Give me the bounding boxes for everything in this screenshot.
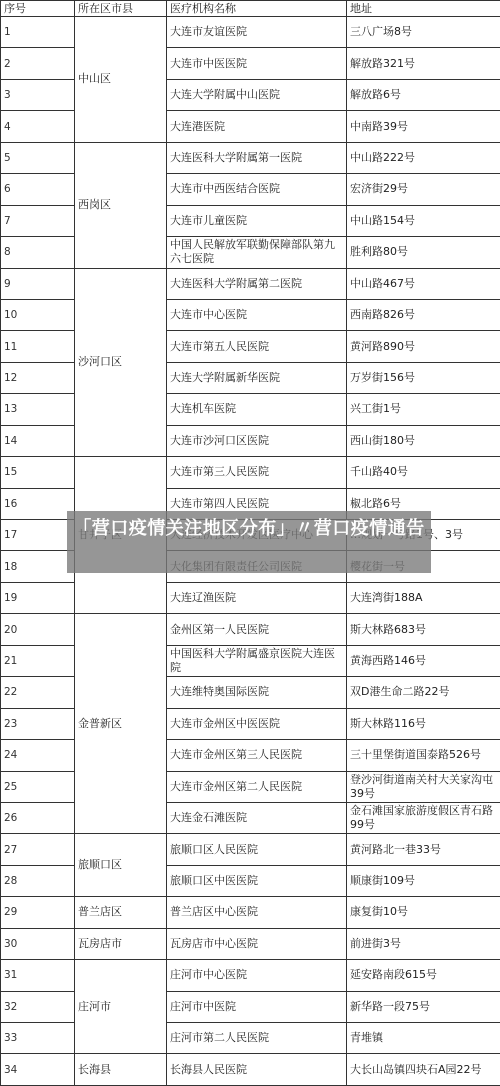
row-index: 5 — [1, 142, 75, 173]
row-index: 22 — [1, 677, 75, 708]
row-index: 3 — [1, 79, 75, 110]
address-cell: 前进街3号 — [347, 928, 500, 959]
address-cell: 解放路321号 — [347, 48, 500, 79]
caption-overlay: 「营口疫情关注地区分布」〃营口疫情通告 — [67, 511, 431, 573]
address-cell: 新华路一段75号 — [347, 991, 500, 1022]
address-cell: 西山街180号 — [347, 425, 500, 456]
header-index: 序号 — [1, 1, 75, 17]
address-cell: 西南路826号 — [347, 299, 500, 330]
table-row: 15甘井子区大连市第三人民医院千山路40号 — [1, 457, 500, 488]
table-row: 27旅顺口区旅顺口区人民医院黄河路北一巷33号 — [1, 834, 500, 865]
address-cell: 兴工街1号 — [347, 394, 500, 425]
hospital-name-cell: 金州区第一人民医院 — [167, 614, 347, 645]
header-hospital-name: 医疗机构名称 — [167, 1, 347, 17]
header-address: 地址 — [347, 1, 500, 17]
hospital-name-cell: 大连机车医院 — [167, 394, 347, 425]
row-index: 29 — [1, 897, 75, 928]
row-index: 15 — [1, 457, 75, 488]
row-index: 23 — [1, 708, 75, 739]
address-cell: 青堆镇 — [347, 1023, 500, 1054]
address-cell: 大长山岛镇四块石A园22号 — [347, 1054, 500, 1085]
address-cell: 解放路6号 — [347, 79, 500, 110]
address-cell: 金石滩国家旅游度假区青石路99号 — [347, 802, 500, 833]
table-row: 1中山区大连市友谊医院三八广场8号 — [1, 17, 500, 48]
hospital-name-cell: 大连辽渔医院 — [167, 582, 347, 613]
address-cell: 康复街10号 — [347, 897, 500, 928]
address-cell: 千山路40号 — [347, 457, 500, 488]
hospital-name-cell: 大连市中医医院 — [167, 48, 347, 79]
row-index: 9 — [1, 268, 75, 299]
hospital-name-cell: 庄河市第二人民医院 — [167, 1023, 347, 1054]
hospital-name-cell: 大连市沙河口区医院 — [167, 425, 347, 456]
hospital-name-cell: 庄河市中医院 — [167, 991, 347, 1022]
row-index: 34 — [1, 1054, 75, 1085]
row-index: 4 — [1, 111, 75, 142]
address-cell: 大连湾街188A — [347, 582, 500, 613]
row-index: 32 — [1, 991, 75, 1022]
row-index: 33 — [1, 1023, 75, 1054]
row-index: 2 — [1, 48, 75, 79]
address-cell: 宏济街29号 — [347, 174, 500, 205]
address-cell: 延安路南段615号 — [347, 960, 500, 991]
address-cell: 三八广场8号 — [347, 17, 500, 48]
hospital-name-cell: 大连市儿童医院 — [167, 205, 347, 236]
address-cell: 中山路222号 — [347, 142, 500, 173]
address-cell: 双D港生命二路22号 — [347, 677, 500, 708]
address-cell: 三十里堡街道国泰路526号 — [347, 740, 500, 771]
address-cell: 黄河路北一巷33号 — [347, 834, 500, 865]
hospital-name-cell: 大连市中心医院 — [167, 299, 347, 330]
row-index: 13 — [1, 394, 75, 425]
row-index: 25 — [1, 771, 75, 802]
address-cell: 登沙河街道南关村大关家沟屯39号 — [347, 771, 500, 802]
hospital-name-cell: 瓦房店市中心医院 — [167, 928, 347, 959]
row-index: 27 — [1, 834, 75, 865]
address-cell: 胜利路80号 — [347, 237, 500, 268]
row-index: 24 — [1, 740, 75, 771]
district-cell: 旅顺口区 — [75, 834, 167, 897]
row-index: 20 — [1, 614, 75, 645]
hospital-name-cell: 大连市中西医结合医院 — [167, 174, 347, 205]
district-cell: 普兰店区 — [75, 897, 167, 928]
hospital-name-cell: 大连医科大学附属第一医院 — [167, 142, 347, 173]
hospital-name-cell: 中国人民解放军联勤保障部队第九六七医院 — [167, 237, 347, 268]
hospital-name-cell: 庄河市中心医院 — [167, 960, 347, 991]
hospital-name-cell: 大连医科大学附属第二医院 — [167, 268, 347, 299]
district-cell: 沙河口区 — [75, 268, 167, 457]
hospital-name-cell: 长海县人民医院 — [167, 1054, 347, 1085]
row-index: 6 — [1, 174, 75, 205]
address-cell: 万岁街156号 — [347, 362, 500, 393]
row-index: 17 — [1, 520, 75, 551]
row-index: 12 — [1, 362, 75, 393]
table-row: 34长海县长海县人民医院大长山岛镇四块石A园22号 — [1, 1054, 500, 1085]
address-cell: 黄海西路146号 — [347, 645, 500, 676]
district-cell: 长海县 — [75, 1054, 167, 1085]
table-header-row: 序号 所在区市县 医疗机构名称 地址 — [1, 1, 500, 17]
district-cell: 瓦房店市 — [75, 928, 167, 959]
hospital-name-cell: 大连市金州区中医医院 — [167, 708, 347, 739]
table-row: 30瓦房店市瓦房店市中心医院前进街3号 — [1, 928, 500, 959]
row-index: 18 — [1, 551, 75, 582]
table-row: 5西岗区大连医科大学附属第一医院中山路222号 — [1, 142, 500, 173]
row-index: 1 — [1, 17, 75, 48]
table-row: 29普兰店区普兰店区中心医院康复街10号 — [1, 897, 500, 928]
row-index: 19 — [1, 582, 75, 613]
address-cell: 中山路154号 — [347, 205, 500, 236]
district-cell: 庄河市 — [75, 960, 167, 1054]
hospital-name-cell: 大连市金州区第二人民医院 — [167, 771, 347, 802]
address-cell: 黄河路890号 — [347, 331, 500, 362]
row-index: 30 — [1, 928, 75, 959]
table-row: 20金普新区金州区第一人民医院斯大林路683号 — [1, 614, 500, 645]
row-index: 11 — [1, 331, 75, 362]
header-district: 所在区市县 — [75, 1, 167, 17]
table-row: 9沙河口区大连医科大学附属第二医院中山路467号 — [1, 268, 500, 299]
hospital-name-cell: 大连金石滩医院 — [167, 802, 347, 833]
row-index: 28 — [1, 865, 75, 896]
hospital-name-cell: 大连维特奥国际医院 — [167, 677, 347, 708]
address-cell: 中南路39号 — [347, 111, 500, 142]
address-cell: 斯大林路116号 — [347, 708, 500, 739]
hospital-name-cell: 大连大学附属中山医院 — [167, 79, 347, 110]
hospital-name-cell: 大连港医院 — [167, 111, 347, 142]
district-cell: 金普新区 — [75, 614, 167, 834]
hospital-name-cell: 旅顺口区人民医院 — [167, 834, 347, 865]
hospital-name-cell: 旅顺口区中医医院 — [167, 865, 347, 896]
district-cell: 中山区 — [75, 17, 167, 143]
hospital-name-cell: 中国医科大学附属盛京医院大连医院 — [167, 645, 347, 676]
row-index: 16 — [1, 488, 75, 519]
table-row: 31庄河市庄河市中心医院延安路南段615号 — [1, 960, 500, 991]
row-index: 14 — [1, 425, 75, 456]
district-cell: 西岗区 — [75, 142, 167, 268]
hospital-name-cell: 大连市第五人民医院 — [167, 331, 347, 362]
address-cell: 中山路467号 — [347, 268, 500, 299]
hospital-name-cell: 大连市金州区第三人民医院 — [167, 740, 347, 771]
address-cell: 顺康街109号 — [347, 865, 500, 896]
row-index: 8 — [1, 237, 75, 268]
row-index: 10 — [1, 299, 75, 330]
address-cell: 斯大林路683号 — [347, 614, 500, 645]
hospital-name-cell: 普兰店区中心医院 — [167, 897, 347, 928]
hospital-name-cell: 大连市第三人民医院 — [167, 457, 347, 488]
hospital-name-cell: 大连大学附属新华医院 — [167, 362, 347, 393]
row-index: 21 — [1, 645, 75, 676]
row-index: 31 — [1, 960, 75, 991]
row-index: 26 — [1, 802, 75, 833]
row-index: 7 — [1, 205, 75, 236]
hospital-name-cell: 大连市友谊医院 — [167, 17, 347, 48]
